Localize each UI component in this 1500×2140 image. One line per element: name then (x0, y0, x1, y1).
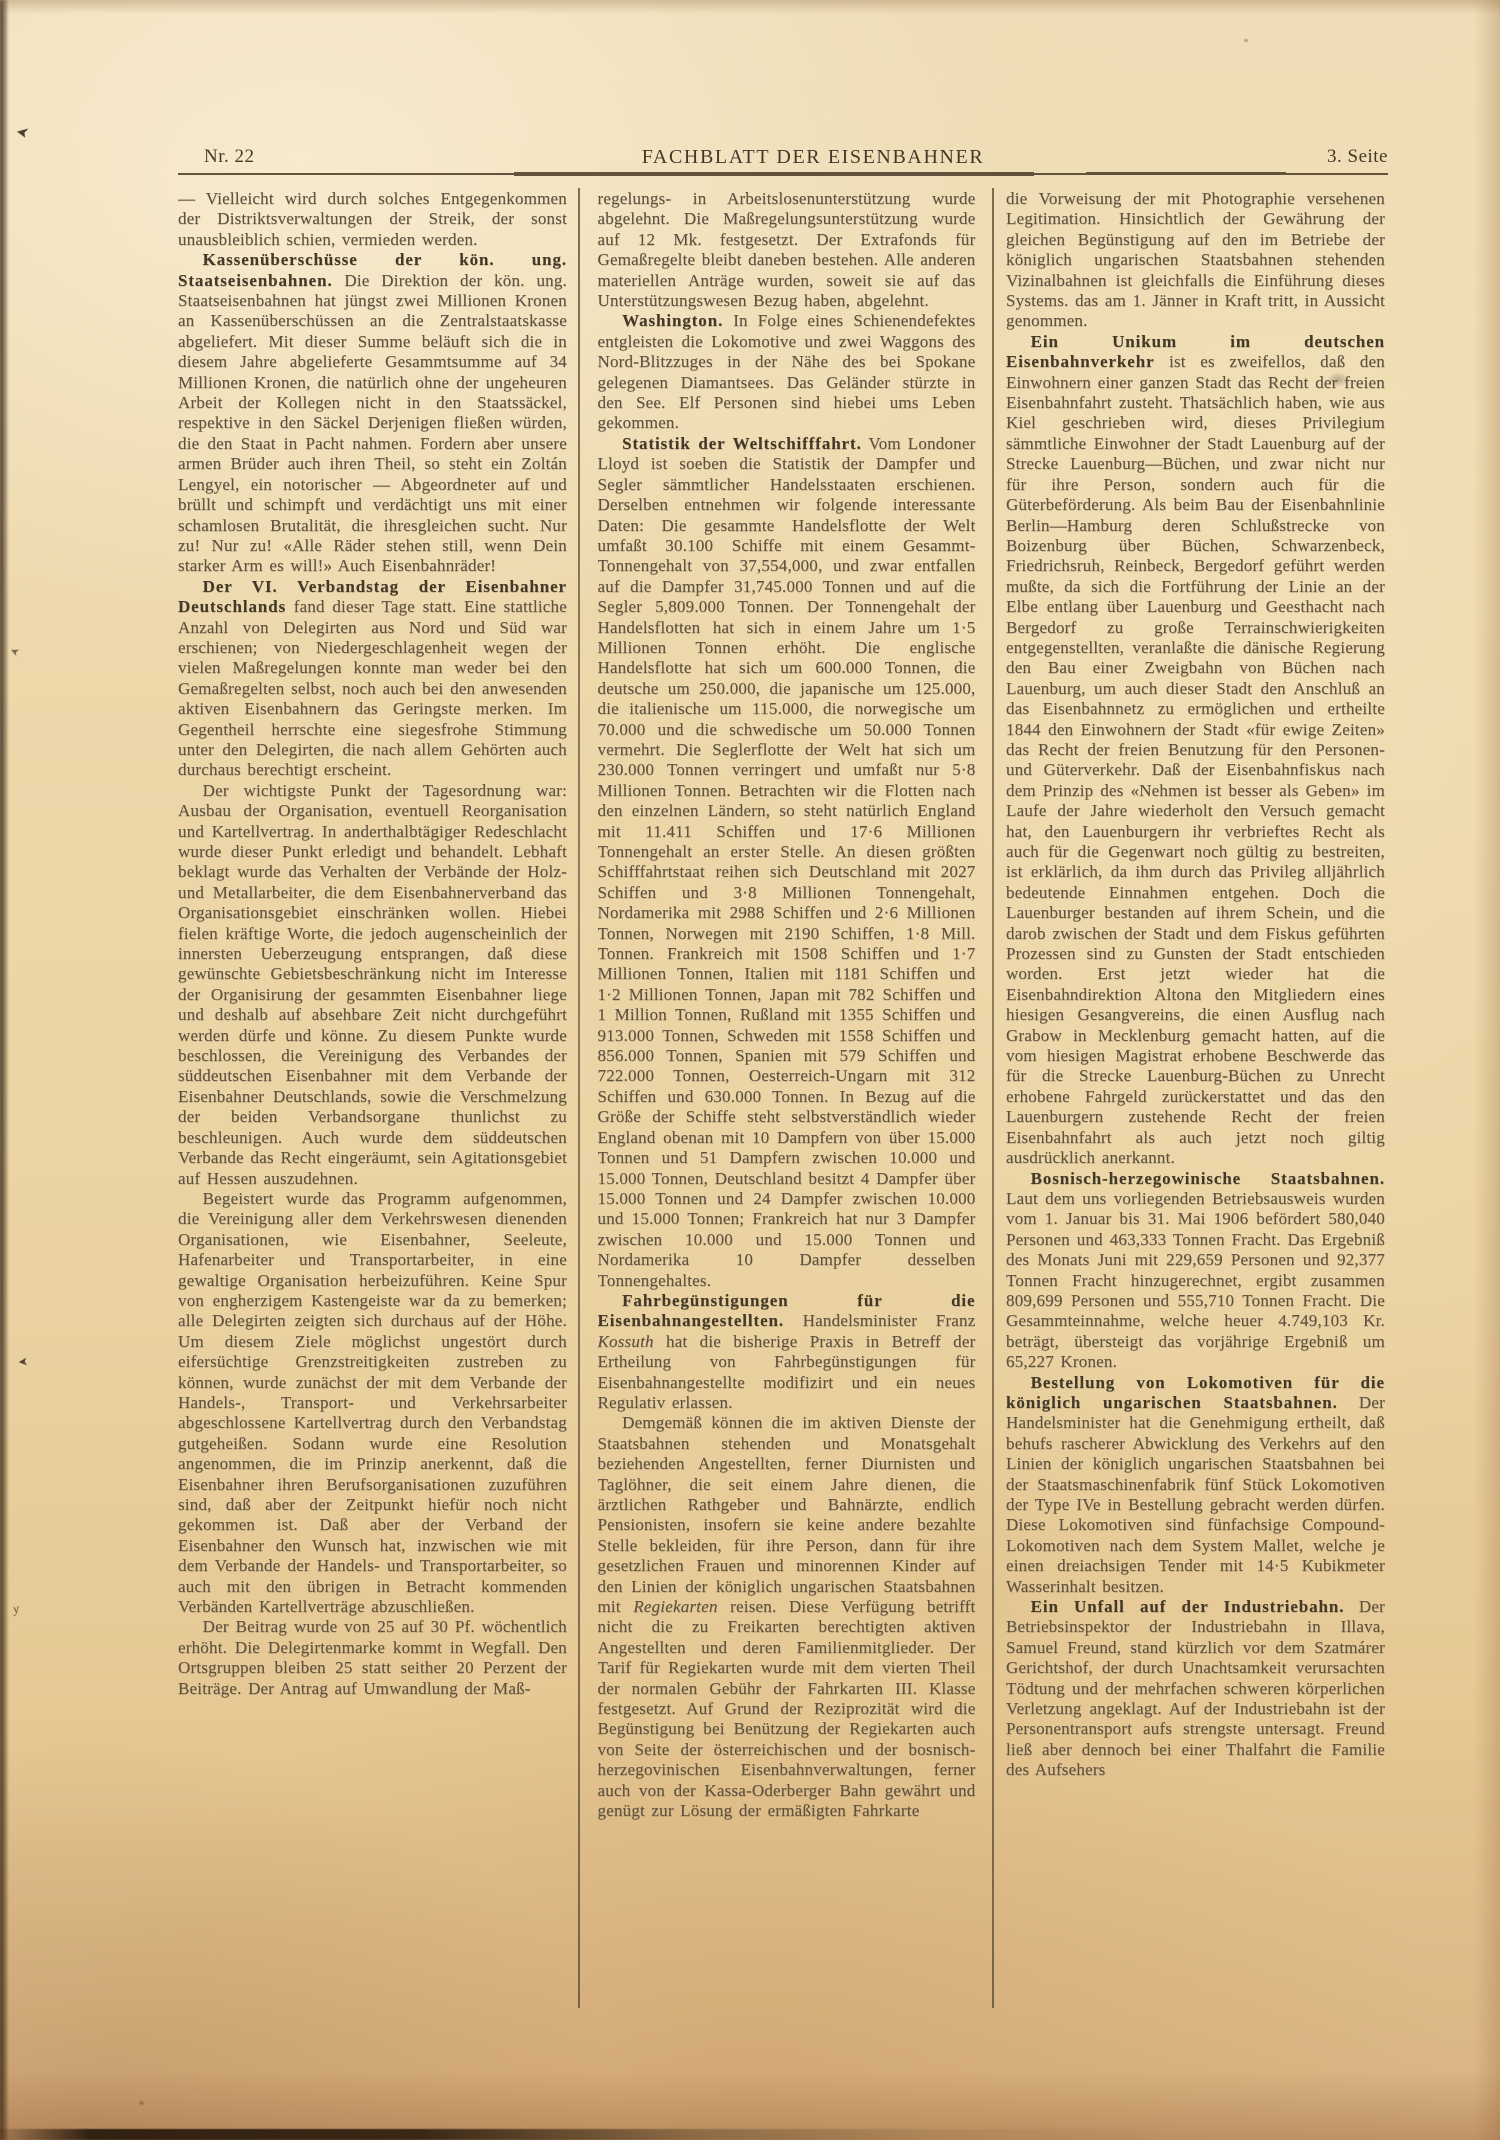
text-segment: reisen. Diese Verfügung betrifft nicht d… (598, 1597, 976, 1820)
text-segment: regelungs- in Arbeitslosenunterstützung … (598, 189, 976, 310)
text-segment: fand dieser Tage statt. Eine stattliche … (178, 597, 567, 779)
issue-number: Nr. 22 (204, 146, 255, 168)
text-segment: hat die bisherige Praxis in Betreff der … (598, 1332, 976, 1412)
text-segment: Handelsminister Franz (784, 1311, 975, 1330)
paragraph: Washington. In Folge eines Schienendefek… (598, 311, 976, 433)
text-segment: Kossuth (598, 1332, 654, 1351)
text-segment: Der wichtigste Punkt der Tagesordnung wa… (178, 781, 567, 1188)
text-segment: Regiekarten (633, 1597, 717, 1616)
paragraph: Der VI. Verbandstag der Eisenbahner Deut… (178, 577, 567, 781)
masthead: Nr. 22 FACHBLATT DER EISENBAHNER 3. Seit… (178, 146, 1388, 172)
text-segment: Demgemäß können die im aktiven Dienste d… (598, 1413, 976, 1616)
paragraph: die Vorweisung der mit Photographie vers… (1006, 189, 1385, 332)
pen-mark: y (12, 1601, 21, 1615)
paragraph: Kassenüberschüsse der kön. ung. Staatsei… (178, 250, 567, 577)
scan-edge-shadow-top (0, 0, 1500, 14)
pen-mark: ➤ (13, 124, 31, 140)
article-heading: Washington. (622, 311, 723, 330)
article-columns: — Vielleicht wird durch solches Entgegen… (178, 189, 1385, 2011)
paragraph: Der Beitrag wurde von 25 auf 30 Pf. wöch… (178, 1617, 567, 1699)
paragraph: Statistik der Weltschifffahrt. Vom Londo… (598, 434, 976, 1291)
column-1: — Vielleicht wird durch solches Entgegen… (178, 189, 567, 2011)
page-number: 3. Seite (1327, 146, 1388, 168)
text-segment: ist es zweifellos, daß den Einwohnern ei… (1006, 352, 1385, 1167)
article-heading: Ein Unfall auf der Industriebahn. (1031, 1597, 1345, 1616)
paragraph: Der wichtigste Punkt der Tagesordnung wa… (178, 781, 567, 1189)
paragraph: Fahrbegünstigungen für die Eisenbahnange… (598, 1291, 976, 1413)
text-segment: Laut dem uns vorliegenden Betriebsauswei… (1006, 1189, 1385, 1371)
article-heading: Bestellung von Lokomotiven für die könig… (1006, 1373, 1385, 1412)
text-segment: Die Direktion der kön. ung. Staatseisenb… (178, 271, 567, 576)
paragraph: Ein Unfall auf der Industriebahn. Der Be… (1006, 1597, 1385, 1781)
page-title: FACHBLATT DER EISENBAHNER (642, 146, 985, 169)
text-segment: — Vielleicht wird durch solches Entgegen… (178, 189, 567, 249)
scan-edge-shadow-right (1474, 0, 1500, 2140)
newspaper-page: ➤ ➤ ➤ y Nr. 22 FACHBLATT DER EISENBAHNER… (0, 0, 1500, 2140)
pen-mark: ➤ (8, 645, 21, 659)
article-heading: Statistik der Weltschifffahrt. (622, 434, 862, 453)
text-segment: Begeistert wurde das Programm aufgenomme… (178, 1189, 567, 1616)
scan-edge-dark-strip (0, 2129, 1500, 2140)
paragraph: — Vielleicht wird durch solches Entgegen… (178, 189, 567, 250)
masthead-rule (178, 173, 1388, 175)
article-heading: Bosnisch-herzegowinische Staatsbahnen. (1031, 1169, 1385, 1188)
text-segment: Der Betriebsinspektor der Industriebahn … (1006, 1597, 1385, 1779)
paragraph: Begeistert wurde das Programm aufgenomme… (178, 1189, 567, 1618)
masthead-rule-thick-segment (514, 172, 1034, 176)
paper-speck (1243, 38, 1249, 43)
column-3: die Vorweisung der mit Photographie vers… (1006, 189, 1385, 2011)
paragraph: regelungs- in Arbeitslosenunterstützung … (598, 189, 976, 311)
text-segment: Der Handelsminister hat die Genehmigung … (1006, 1393, 1385, 1596)
paragraph: Bestellung von Lokomotiven für die könig… (1006, 1373, 1385, 1597)
scan-edge-shadow-left (0, 0, 9, 2140)
text-segment: Der Beitrag wurde von 25 auf 30 Pf. wöch… (178, 1617, 567, 1697)
pen-mark: ➤ (17, 1356, 28, 1369)
paragraph: Ein Unikum im deutschen Eisenbahnverkehr… (1006, 332, 1385, 1169)
masthead-rule-thick-segment (1086, 172, 1286, 175)
paragraph: Demgemäß können die im aktiven Dienste d… (598, 1413, 976, 1821)
column-2: regelungs- in Arbeitslosenunterstützung … (598, 189, 976, 2011)
paragraph: Bosnisch-herzegowinische Staatsbahnen. L… (1006, 1169, 1385, 1373)
text-segment: Vom Londoner Lloyd ist soeben die Statis… (598, 434, 976, 1290)
text-segment: die Vorweisung der mit Photographie vers… (1006, 189, 1385, 330)
